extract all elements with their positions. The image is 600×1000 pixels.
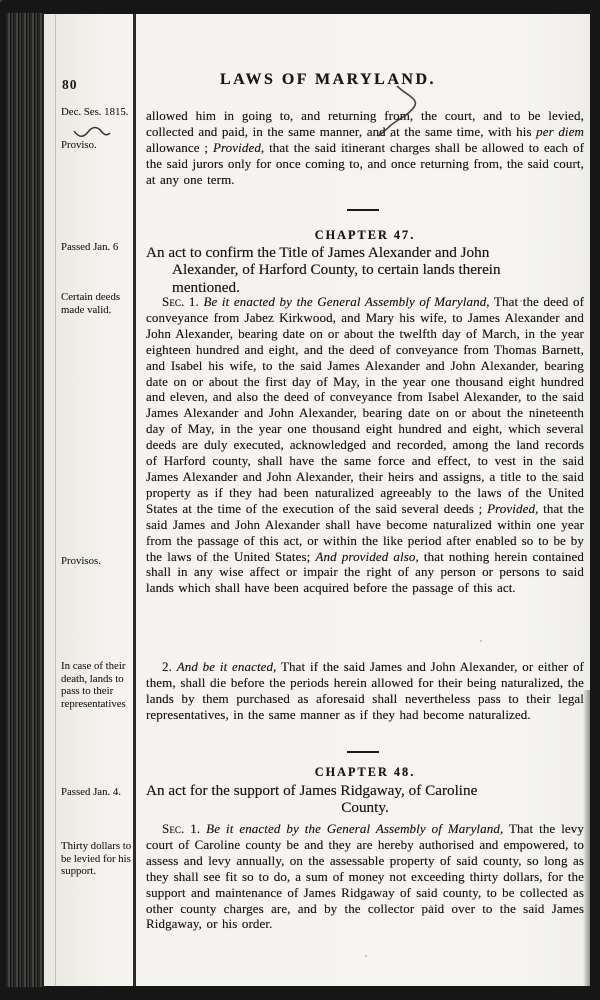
margin-note-thirty-dollars: Thirty dollars to be levied for his supp… — [61, 840, 139, 878]
section-label: 2. — [162, 659, 177, 674]
section-label: Sec. 1. — [162, 294, 203, 309]
page-edge-line — [55, 15, 56, 985]
margin-note-passed-jan6: Passed Jan. 6 — [61, 241, 139, 254]
section-label: Sec. 1. — [162, 821, 206, 836]
margin-note-proviso: Proviso. — [61, 139, 139, 152]
chapter-48-heading: CHAPTER 48. — [146, 765, 584, 780]
title-line: An act for the support of James Ridgaway… — [146, 782, 584, 799]
title-line: Alexander, of Harford County, to certain… — [146, 261, 584, 278]
chapter-47-title: An act to confirm the Title of James Ale… — [146, 244, 584, 296]
enacting-clause: Be it enacted by the General Assembly of… — [203, 294, 489, 309]
running-header: LAWS OF MARYLAND. — [108, 71, 548, 89]
scan-smudge — [583, 690, 590, 986]
margin-note-certain-deeds: Certain deeds made valid. — [61, 291, 139, 316]
scanned-book-page: 80 LAWS OF MARYLAND. Dec. Ses. 1815. Pro… — [0, 0, 600, 1000]
title-line: An act to confirm the Title of James Ale… — [146, 244, 584, 261]
chapter-47-section-1: Sec. 1. Be it enacted by the General Ass… — [146, 294, 584, 596]
body-text: allowance ; — [146, 140, 213, 155]
page-number: 80 — [62, 77, 78, 93]
enacting-clause: And be it enacted, — [177, 659, 277, 674]
chapter-47-heading: CHAPTER 47. — [146, 228, 584, 243]
chapter-48-section-1: Sec. 1. Be it enacted by the General Ass… — [146, 821, 584, 932]
margin-note-provisos: Provisos. — [61, 555, 139, 568]
margin-note-session: Dec. Ses. 1815. — [61, 106, 139, 119]
italic-provided: Provided, — [487, 501, 538, 516]
section-divider — [347, 209, 379, 211]
section-divider — [347, 751, 379, 753]
chapter-48-title: An act for the support of James Ridgaway… — [146, 782, 584, 817]
body-text: allowed him in going to, and returning f… — [146, 108, 584, 139]
paragraph-continuation: allowed him in going to, and returning f… — [146, 108, 584, 188]
margin-note-passed-jan4: Passed Jan. 4. — [61, 786, 139, 799]
enacting-clause: Be it enacted by the General Assembly of… — [206, 821, 503, 836]
binding-edge-texture — [6, 13, 44, 987]
italic-and-provided-also: And provided also, — [315, 549, 418, 564]
paper-specks — [0, 0, 2, 2]
body-text: That the levy court of Caroline county b… — [146, 821, 584, 931]
italic-per-diem: per diem — [536, 124, 584, 139]
body-text: That the deed of conveyance from Jabez K… — [146, 294, 584, 516]
margin-note-in-case-of-death: In case of their death, lands to pass to… — [61, 660, 139, 710]
title-line: County. — [146, 799, 584, 816]
italic-provided: Provided, — [213, 140, 264, 155]
chapter-47-section-2: 2. And be it enacted, That if the said J… — [146, 659, 584, 723]
